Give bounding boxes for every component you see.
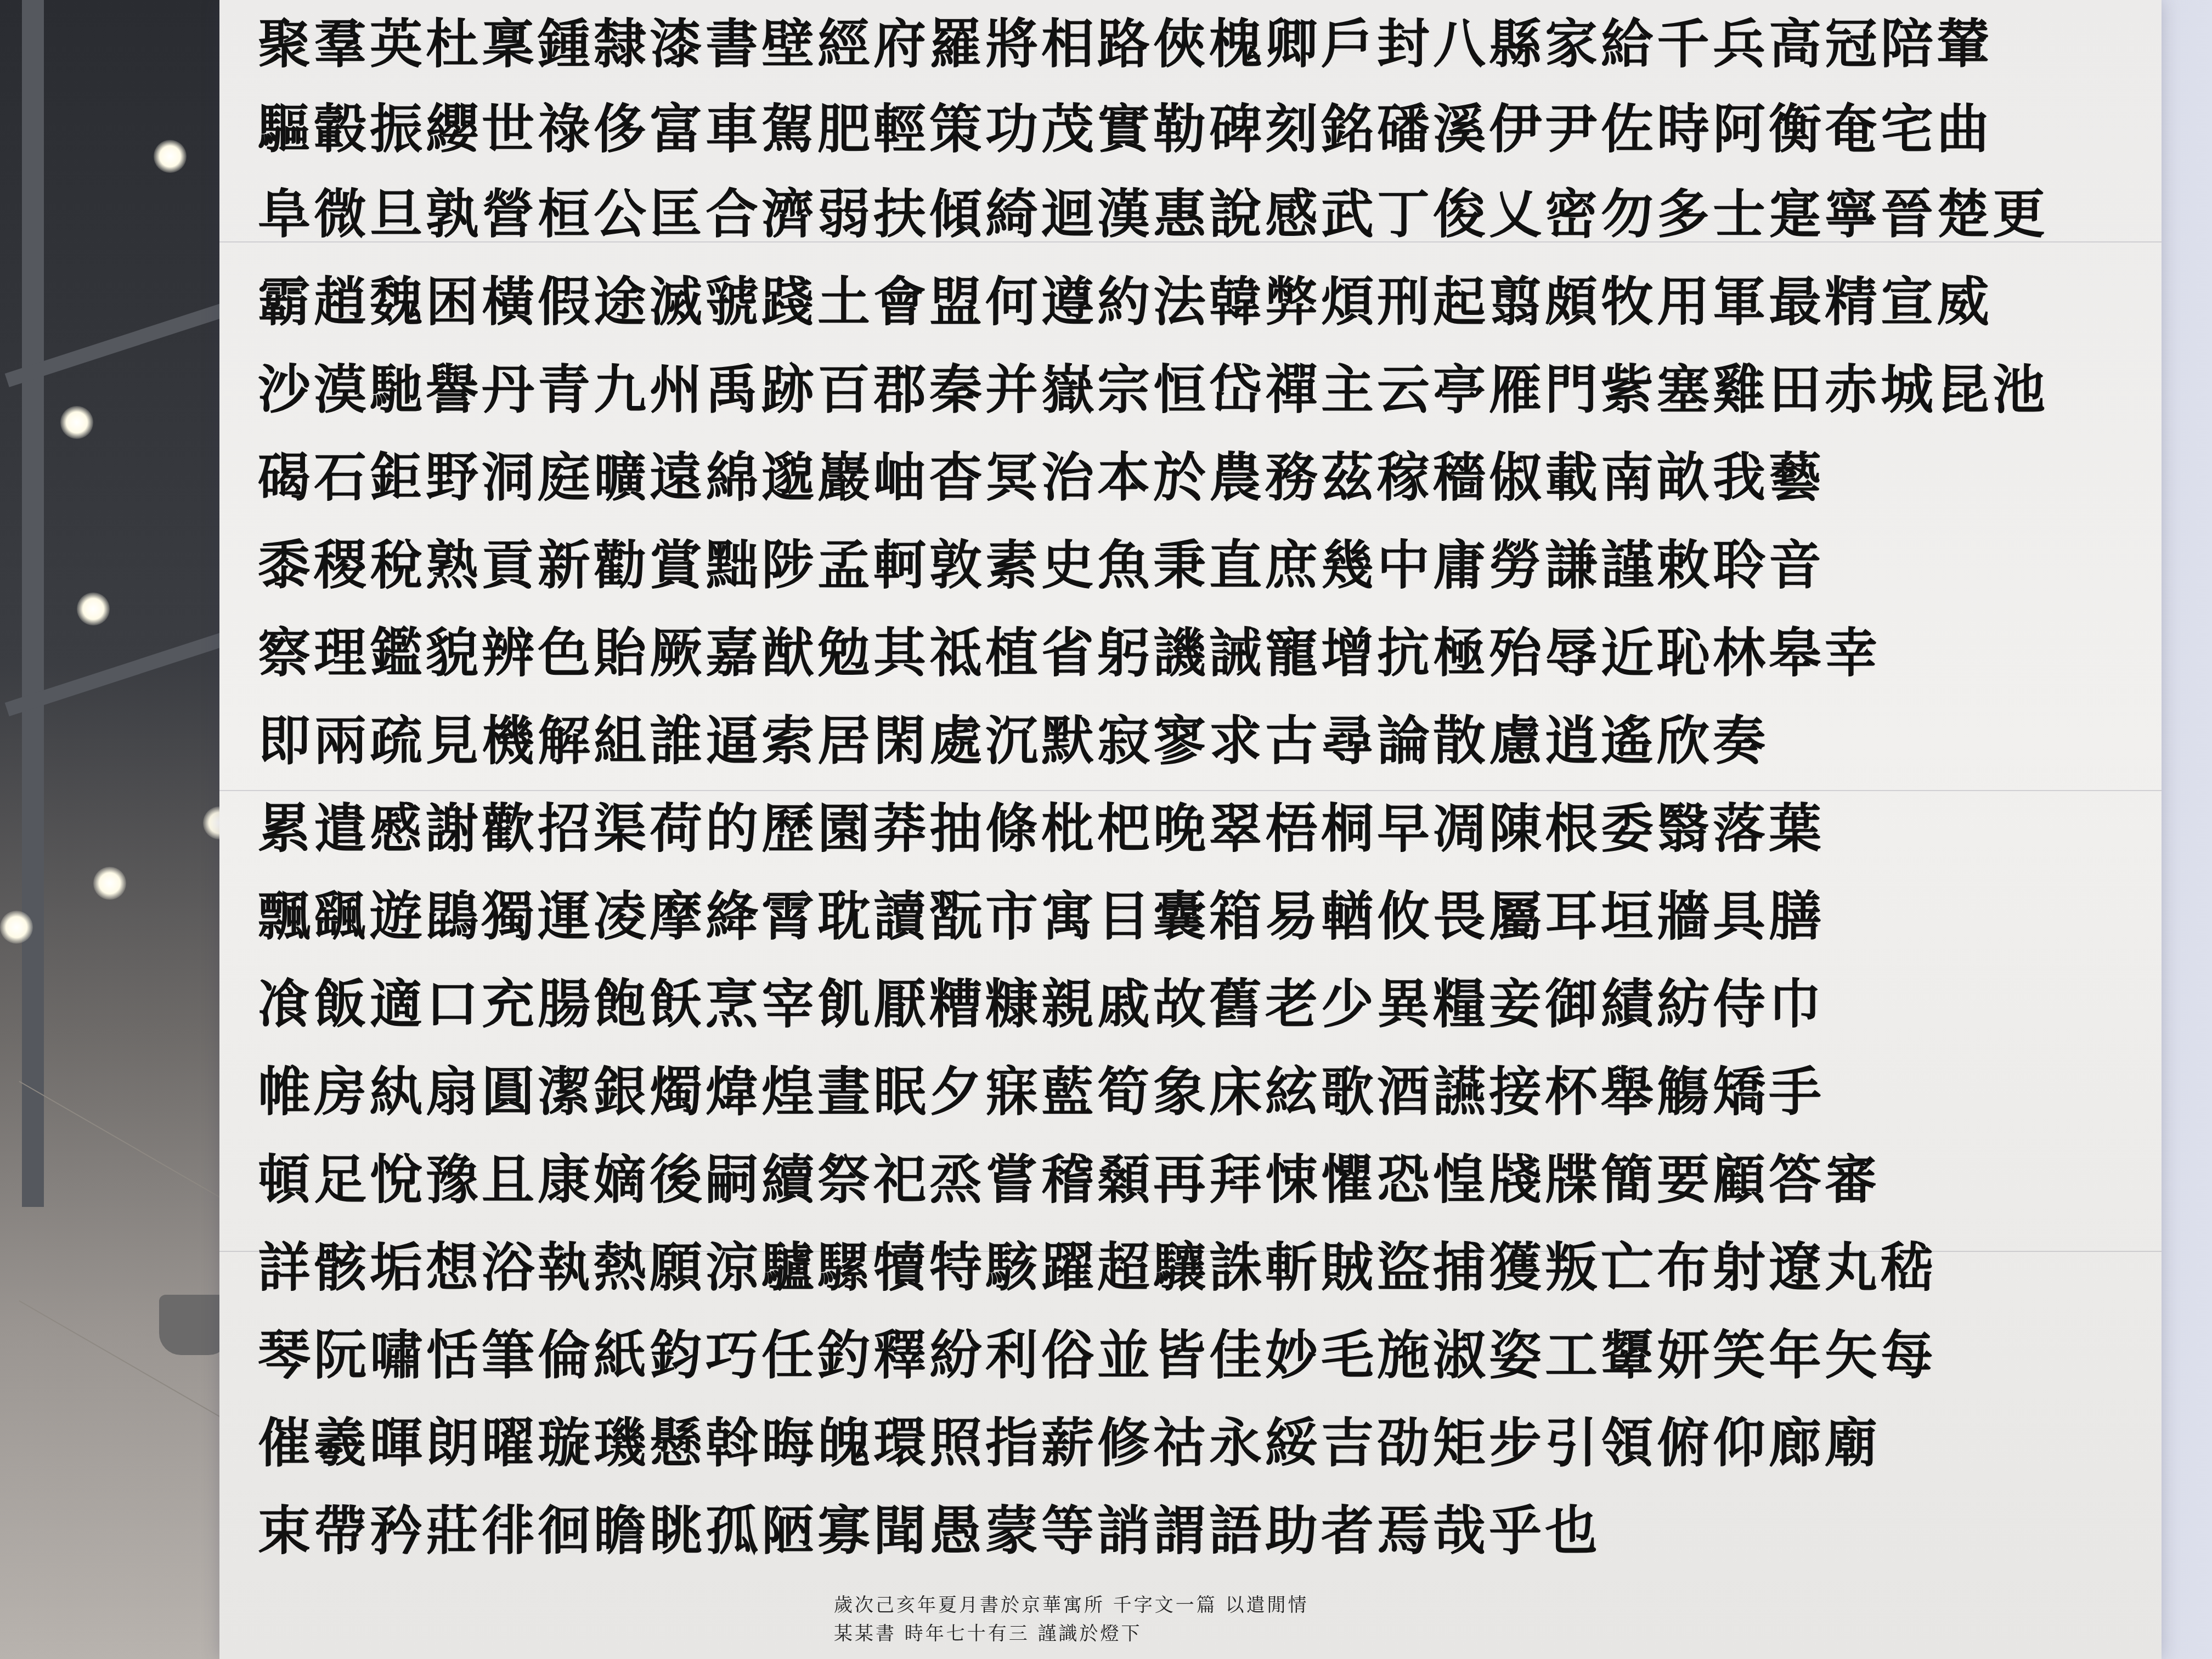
row-text: 束帶矜莊徘徊瞻眺孤陋寡聞愚蒙等誚謂語助者焉哉乎也 [258, 1498, 1601, 1564]
calligraphy-row: 飄颻遊鵾獨運凌摩絳霄耽讀翫市寓目囊箱易輶攸畏屬耳垣牆具膳 [258, 883, 1825, 949]
calligraphy-row: 催羲暉朗曜璇璣懸斡晦魄環照指薪修祜永綏吉劭矩步引領俯仰廊廟 [258, 1410, 1881, 1476]
calligraphy-rows: 聚羣英杜稟鍾隸漆書壁經府羅將相路俠槐卿戶封八縣家給千兵高冠陪輦 驅轂振纓世祿侈富… [219, 0, 2162, 1659]
calligraphy-row: 聚羣英杜稟鍾隸漆書壁經府羅將相路俠槐卿戶封八縣家給千兵高冠陪輦 [258, 11, 1993, 77]
row-text: 碣石鉅野洞庭曠遠綿邈巖岫杳冥治本於農務茲稼穡俶載南畝我藝 [258, 444, 1825, 510]
row-text: 催羲暉朗曜璇璣懸斡晦魄環照指薪修祜永綏吉劭矩步引領俯仰廊廟 [258, 1410, 1881, 1476]
calligraphy-row: 帷房紈扇圓潔銀燭煒煌晝眠夕寐藍筍象床絃歌酒讌接杯舉觴矯手 [258, 1059, 1825, 1125]
row-text: 琴阮嘯恬筆倫紙鈞巧任釣釋紛利俗並皆佳妙毛施淑姿工顰妍笑年矢每 [258, 1322, 1937, 1388]
row-text: 阜微旦孰營桓公匡合濟弱扶傾綺迴漢惠說感武丁俊乂密勿多士寔寧晉楚更 [258, 181, 2049, 247]
steel-column [22, 0, 44, 1207]
signature-line: 歲次己亥年夏月書於京華寓所 千字文一篇 以遣閒情 [834, 1591, 1309, 1620]
row-text: 帷房紈扇圓潔銀燭煒煌晝眠夕寐藍筍象床絃歌酒讌接杯舉觴矯手 [258, 1059, 1825, 1125]
signature-inscription: 歲次己亥年夏月書於京華寓所 千字文一篇 以遣閒情 某某書 時年七十有三 謹識於燈… [834, 1591, 1309, 1648]
calligraphy-row: 沙漠馳譽丹青九州禹跡百郡秦并嶽宗恒岱禪主云亭雁門紫塞雞田赤城昆池 [258, 357, 2049, 422]
row-text: 飡飯適口充腸飽飫烹宰飢厭糟糠親戚故舊老少異糧妾御績紡侍巾 [258, 971, 1825, 1037]
row-text: 飄颻遊鵾獨運凌摩絳霄耽讀翫市寓目囊箱易輶攸畏屬耳垣牆具膳 [258, 883, 1825, 949]
row-text: 察理鑑貌辨色貽厥嘉猷勉其祗植省躬譏誡寵增抗極殆辱近恥林皋幸 [258, 620, 1881, 686]
calligraphy-row: 頓足悅豫且康嫡後嗣續祭祀烝嘗稽顙再拜悚懼恐惶牋牒簡要顧答審 [258, 1147, 1881, 1212]
ceiling-light [60, 406, 93, 439]
calligraphy-row: 霸趙魏困橫假途滅虢踐土會盟何遵約法韓弊煩刑起翦頗牧用軍最精宣威 [258, 269, 1993, 335]
ceiling-light [154, 140, 187, 173]
calligraphy-row: 阜微旦孰營桓公匡合濟弱扶傾綺迴漢惠說感武丁俊乂密勿多士寔寧晉楚更 [258, 181, 2049, 247]
ceiling-light [93, 867, 126, 900]
row-text: 聚羣英杜稟鍾隸漆書壁經府羅將相路俠槐卿戶封八縣家給千兵高冠陪輦 [258, 11, 1993, 77]
calligraphy-row: 束帶矜莊徘徊瞻眺孤陋寡聞愚蒙等誚謂語助者焉哉乎也 [258, 1498, 1601, 1564]
row-text: 霸趙魏困橫假途滅虢踐土會盟何遵約法韓弊煩刑起翦頗牧用軍最精宣威 [258, 269, 1993, 335]
calligraphy-row: 詳骸垢想浴執熱願涼驢騾犢特駭躍超驤誅斬賊盜捕獲叛亡布射遼丸嵇 [258, 1234, 1937, 1300]
row-text: 黍稷稅熟貢新勸賞黜陟孟軻敦素史魚秉直庶幾中庸勞謙謹敕聆音 [258, 532, 1825, 598]
signature-line: 某某書 時年七十有三 謹識於燈下 [834, 1620, 1309, 1648]
calligraphy-row: 黍稷稅熟貢新勸賞黜陟孟軻敦素史魚秉直庶幾中庸勞謙謹敕聆音 [258, 532, 1825, 598]
row-text: 累遣慼謝歡招渠荷的歷園莽抽條枇杷晚翠梧桐早凋陳根委翳落葉 [258, 795, 1825, 861]
calligraphy-row: 累遣慼謝歡招渠荷的歷園莽抽條枇杷晚翠梧桐早凋陳根委翳落葉 [258, 795, 1825, 861]
ceiling-light [0, 911, 33, 944]
calligraphy-row: 飡飯適口充腸飽飫烹宰飢厭糟糠親戚故舊老少異糧妾御績紡侍巾 [258, 971, 1825, 1037]
calligraphy-row: 即兩疏見機解組誰逼索居閑處沉默寂寥求古尋論散慮逍遙欣奏 [258, 708, 1769, 774]
calligraphy-paper: 聚羣英杜稟鍾隸漆書壁經府羅將相路俠槐卿戶封八縣家給千兵高冠陪輦 驅轂振纓世祿侈富… [219, 0, 2162, 1659]
row-text: 頓足悅豫且康嫡後嗣續祭祀烝嘗稽顙再拜悚懼恐惶牋牒簡要顧答審 [258, 1147, 1881, 1212]
row-text: 沙漠馳譽丹青九州禹跡百郡秦并嶽宗恒岱禪主云亭雁門紫塞雞田赤城昆池 [258, 357, 2049, 422]
row-text: 驅轂振纓世祿侈富車駕肥輕策功茂實勒碑刻銘磻溪伊尹佐時阿衡奄宅曲 [258, 96, 1993, 162]
calligraphy-row: 驅轂振纓世祿侈富車駕肥輕策功茂實勒碑刻銘磻溪伊尹佐時阿衡奄宅曲 [258, 96, 1993, 162]
ceiling-light [77, 592, 110, 625]
calligraphy-row: 察理鑑貌辨色貽厥嘉猷勉其祗植省躬譏誡寵增抗極殆辱近恥林皋幸 [258, 620, 1881, 686]
calligraphy-row: 琴阮嘯恬筆倫紙鈞巧任釣釋紛利俗並皆佳妙毛施淑姿工顰妍笑年矢每 [258, 1322, 1937, 1388]
row-text: 詳骸垢想浴執熱願涼驢騾犢特駭躍超驤誅斬賊盜捕獲叛亡布射遼丸嵇 [258, 1234, 1937, 1300]
row-text: 即兩疏見機解組誰逼索居閑處沉默寂寥求古尋論散慮逍遙欣奏 [258, 708, 1769, 774]
calligraphy-row: 碣石鉅野洞庭曠遠綿邈巖岫杳冥治本於農務茲稼穡俶載南畝我藝 [258, 444, 1825, 510]
